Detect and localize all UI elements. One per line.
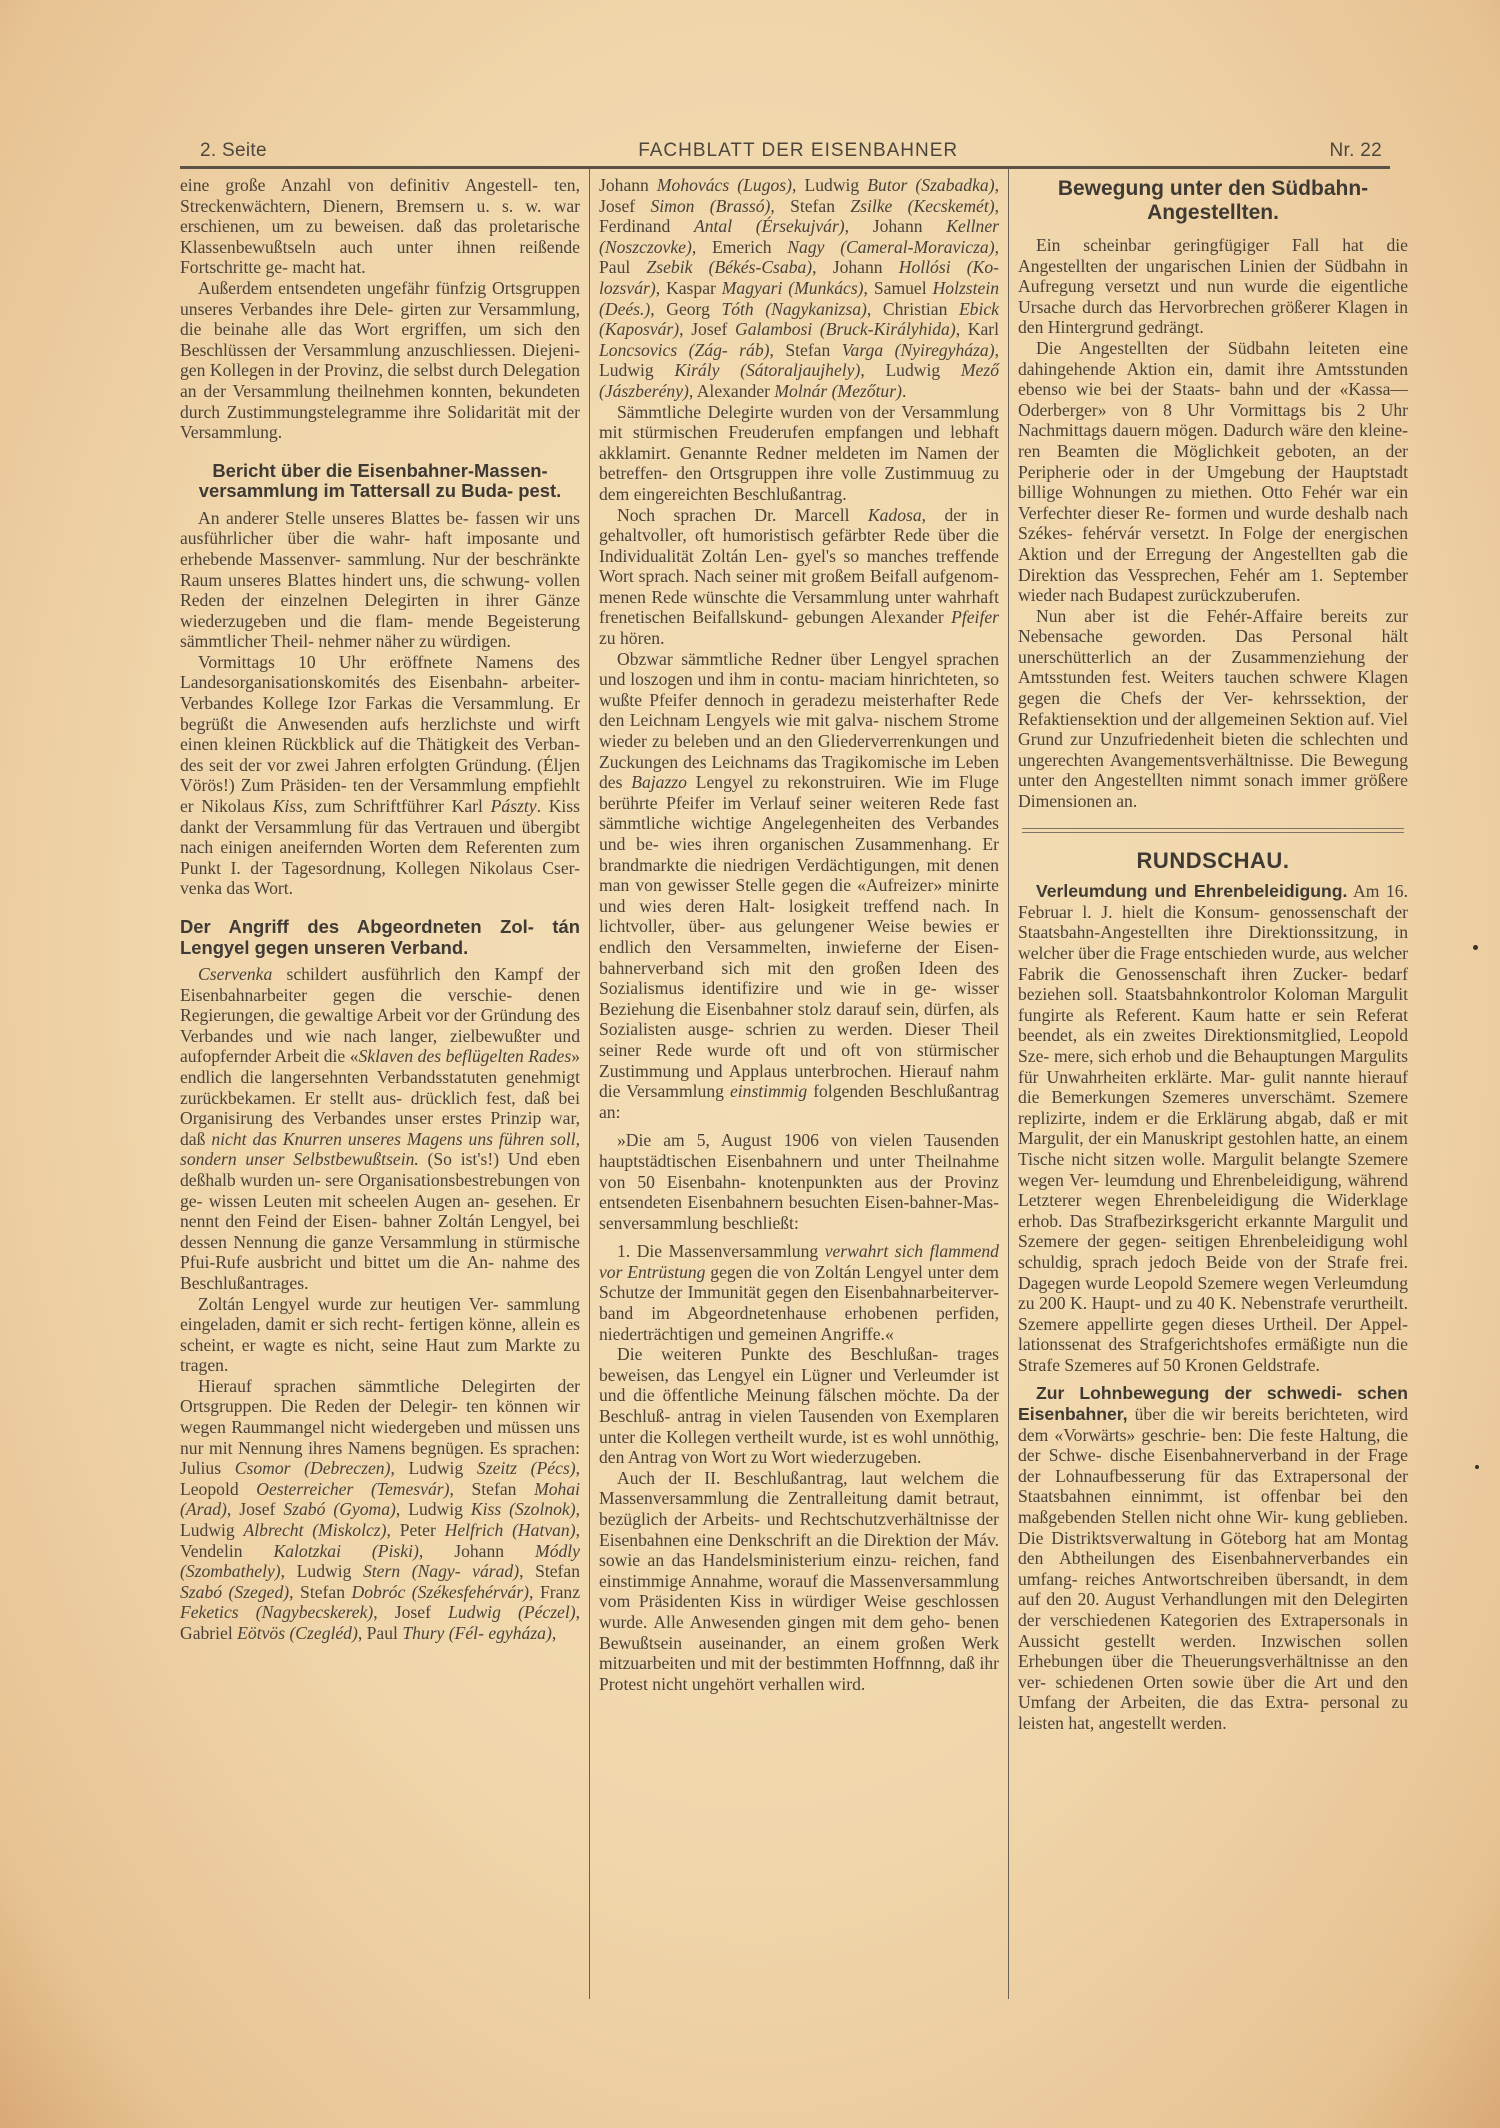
spacer: [599, 1122, 999, 1130]
name-italic: Kadosa: [868, 505, 922, 525]
speaker-entry: Josef Szabó (Gyoma),: [239, 1499, 408, 1519]
resolution-paragraph: »Die am 5, August 1906 von vielen Tausen…: [599, 1130, 999, 1233]
resolution-point-1: 1. Die Massenversammlung verwahrt sich f…: [599, 1241, 999, 1344]
rundschau-item-verleumdung: Verleumdung und Ehrenbeleidigung. Am 16.…: [1018, 881, 1408, 1375]
speaker-name: Kiss (Szolnok): [471, 1499, 576, 1519]
speaker-entry: Vendelin Kalotzkai (Piski),: [180, 1541, 454, 1561]
paragraph: Nun aber ist die Fehér-Affaire bereits z…: [1018, 606, 1408, 812]
paragraph: Die Angestellten der Südbahn leiteten ei…: [1018, 338, 1408, 606]
paragraph: Obzwar sämmtliche Redner über Lengyel sp…: [599, 649, 999, 1123]
speaker-entry: Josef Simon (Brassó),: [599, 196, 790, 216]
speaker-name: Csomor (Debreczen): [235, 1458, 391, 1478]
spacer: [1018, 1375, 1408, 1383]
paper-speck: [1475, 1465, 1479, 1469]
speaker-name: Stern (Nagy- várad): [363, 1561, 519, 1581]
text-run: Vormittags 10 Uhr eröffnete Namens des L…: [180, 652, 580, 816]
speaker-entry: Johann Mohovács (Lugos),: [599, 175, 804, 195]
name-italic: Pászty: [491, 796, 537, 816]
paragraph: Vormittags 10 Uhr eröffnete Namens des L…: [180, 652, 580, 899]
section-heading-bericht: Bericht über die Eisenbahner-Massen- ver…: [180, 461, 580, 502]
paragraph: Die weiteren Punkte des Beschlußan- trag…: [599, 1344, 999, 1468]
speaker-entry: Paul Zsebik (Békés-Csaba),: [599, 257, 833, 277]
newspaper-page: 2. Seite FACHBLATT DER EISENBAHNER Nr. 2…: [180, 140, 1390, 1999]
speaker-entry: Josef Ludwig (Péczel),: [395, 1602, 580, 1622]
speaker-name: Ludwig (Péczel): [448, 1602, 576, 1622]
speaker-name: Loncsovics (Zág- ráb): [599, 340, 769, 360]
speaker-name: Butor (Szabadka): [867, 175, 994, 195]
speaker-list-part-1: Julius Csomor (Debreczen), Ludwig Szeitz…: [180, 1458, 580, 1643]
quote-italic: Sklaven des beflügelten Rades: [359, 1046, 572, 1066]
column-divider: [589, 169, 590, 1999]
speaker-list-part-2: Johann Mohovács (Lugos), Ludwig Butor (S…: [599, 175, 999, 402]
text-run: 1. Die Massenversammlung: [617, 1241, 825, 1261]
speaker-entry: Peter Helfrich (Hatvan),: [400, 1520, 580, 1540]
paragraph: eine große Anzahl von definitiv Angestel…: [180, 175, 580, 278]
text-run: zu hören.: [599, 628, 664, 648]
rundschau-heading: RUNDSCHAU.: [1018, 851, 1408, 872]
speaker-entry: Ludwig Király (Sátoraljaujhely),: [599, 360, 885, 380]
column-2: Johann Mohovács (Lugos), Ludwig Butor (S…: [599, 169, 999, 1999]
speaker-name: Zsebik (Békés-Csaba): [646, 257, 812, 277]
paragraph: Cservenka schildert ausführlich den Kamp…: [180, 964, 580, 1294]
text-run: , zum Schriftführer Karl: [303, 796, 491, 816]
rundschau-item-lohnbewegung: Zur Lohnbewegung der schwedi- schen Eise…: [1018, 1383, 1408, 1733]
speaker-name: Feketics (Nagybecskerek): [180, 1602, 373, 1622]
speaker-entry: Ludwig Szeitz (Pécs),: [409, 1458, 581, 1478]
speaker-entry: Leopold Oesterreicher (Temesvár),: [180, 1479, 472, 1499]
paragraph: Ein scheinbar geringfügiger Fall hat die…: [1018, 235, 1408, 338]
page-number: 2. Seite: [200, 140, 267, 162]
section-heading-suedbahn: Bewegung unter den Südbahn- Angestellten…: [1018, 177, 1408, 225]
speaker-name: Antal (Érsekujvár): [694, 216, 845, 236]
text-run: Noch sprachen Dr. Marcell: [617, 505, 868, 525]
section-heading-angriff: Der Angriff des Abgeordneten Zol- tán Le…: [180, 917, 580, 958]
column-1: eine große Anzahl von definitiv Angestel…: [180, 169, 580, 1999]
speaker-name: Helfrich (Hatvan): [445, 1520, 576, 1540]
emphasis-italic: einstimmig: [730, 1081, 807, 1101]
name-italic: Kiss: [273, 796, 303, 816]
speaker-name: Szabó (Szeged): [180, 1582, 289, 1602]
text-run: Lengyel zu rekonstruiren. Wie im Fluge b…: [599, 772, 999, 1101]
speaker-entry: Georg Tóth (Nagykanizsa),: [666, 299, 883, 319]
speaker-name: Király (Sátoraljaujhely): [674, 360, 860, 380]
speaker-name: Varga (Nyiregyháza): [842, 340, 995, 360]
name-italic: Pfeifer: [951, 607, 999, 627]
column-3: Bewegung unter den Südbahn- Angestellten…: [1018, 169, 1408, 1999]
speaker-name: Thury (Fél- egyháza): [402, 1623, 552, 1643]
speaker-entry: Kaspar Magyari (Munkács),: [666, 278, 874, 298]
speaker-entry: Ludwig Kiss (Szolnok),: [408, 1499, 580, 1519]
speaker-name: Dobróc (Székesfehérvár): [352, 1582, 530, 1602]
publication-title: FACHBLATT DER EISENBAHNER: [638, 140, 958, 162]
speaker-entry: Alexander Molnár (Mezőtur).: [697, 381, 907, 401]
text-run: Hierauf sprachen sämmtliche Delegirten d…: [180, 1376, 580, 1458]
paragraph: Sämmtliche Delegirte wurden von der Vers…: [599, 402, 999, 505]
paragraph: Außerdem entsendeten ungefähr fünfzig Or…: [180, 278, 580, 443]
text-columns: eine große Anzahl von definitiv Angestel…: [180, 169, 1390, 1999]
speaker-entry: Gabriel Eötvös (Czegléd),: [180, 1623, 367, 1643]
issue-number: Nr. 22: [1329, 140, 1382, 162]
paper-speck: [1473, 945, 1478, 950]
speaker-entry: Emerich Nagy (Cameral-Moravicza),: [712, 237, 999, 257]
speaker-name: Szeitz (Pécs): [477, 1458, 576, 1478]
speaker-name: Tóth (Nagykanizsa): [721, 299, 866, 319]
running-header: 2. Seite FACHBLATT DER EISENBAHNER Nr. 2…: [180, 140, 1390, 169]
text-run: (So ist's!) Und eben deßhalb wurden un- …: [180, 1149, 580, 1293]
speaker-name: Molnár (Mezőtur): [774, 381, 902, 401]
speaker-name: Galambosi (Bruck-Királyhida): [735, 319, 956, 339]
speaker-name: Magyari (Munkács): [722, 278, 864, 298]
paragraph: Auch der II. Beschlußantrag, laut welche…: [599, 1468, 999, 1695]
spacer: [599, 1233, 999, 1241]
speaker-name: Szabó (Gyoma): [283, 1499, 396, 1519]
speaker-name: Kalotzkai (Piski): [274, 1541, 419, 1561]
paragraph: An anderer Stelle unseres Blattes be- fa…: [180, 508, 580, 652]
paragraph-speakers: Hierauf sprachen sämmtliche Delegirten d…: [180, 1376, 580, 1644]
speaker-entry: Stefan Dobróc (Székesfehérvár),: [300, 1582, 540, 1602]
speaker-name: Oesterreicher (Temesvár): [256, 1479, 449, 1499]
speaker-entry: Ludwig Stern (Nagy- várad),: [297, 1561, 535, 1581]
speaker-entry: Stefan Zsilke (Kecskemét),: [790, 196, 999, 216]
speaker-entry: Julius Csomor (Debreczen),: [180, 1458, 409, 1478]
speaker-name: Eötvös (Czegléd): [237, 1623, 358, 1643]
speaker-entry: Paul Thury (Fél- egyháza),: [367, 1623, 557, 1643]
paragraph: Zoltán Lengyel wurde zur heutigen Ver- s…: [180, 1294, 580, 1376]
speaker-name: Zsilke (Kecskemét): [850, 196, 994, 216]
speaker-name: Albrecht (Miskolcz): [244, 1520, 387, 1540]
name-italic: Bajazzo: [631, 772, 687, 792]
section-divider: [1022, 828, 1404, 833]
speaker-entry: Ludwig Albrecht (Miskolcz),: [180, 1520, 400, 1540]
paragraph: Noch sprachen Dr. Marcell Kadosa, der in…: [599, 505, 999, 649]
text-run: Obzwar sämmtliche Redner über Lengyel sp…: [599, 649, 999, 793]
speaker-entry: Ferdinand Antal (Érsekujvár),: [599, 216, 873, 236]
speaker-entry: Ludwig Butor (Szabadka),: [804, 175, 999, 195]
speaker-entry: Josef Galambosi (Bruck-Királyhida),: [691, 319, 968, 339]
text-run: Am 16. Februar l. J. hielt die Konsum- g…: [1018, 881, 1408, 1375]
text-run: über die wir bereits berichteten, wird d…: [1018, 1404, 1408, 1733]
speaker-name: Mohovács (Lugos): [657, 175, 792, 195]
column-divider: [1008, 169, 1009, 1999]
speaker-name: Nagy (Cameral-Moravicza): [787, 237, 994, 257]
run-in-heading: Verleumdung und Ehrenbeleidigung.: [1036, 881, 1347, 901]
speaker-name: Simon (Brassó): [650, 196, 770, 216]
speaker-entry: Stefan Varga (Nyiregyháza),: [785, 340, 999, 360]
name-italic: Cservenka: [198, 964, 272, 984]
